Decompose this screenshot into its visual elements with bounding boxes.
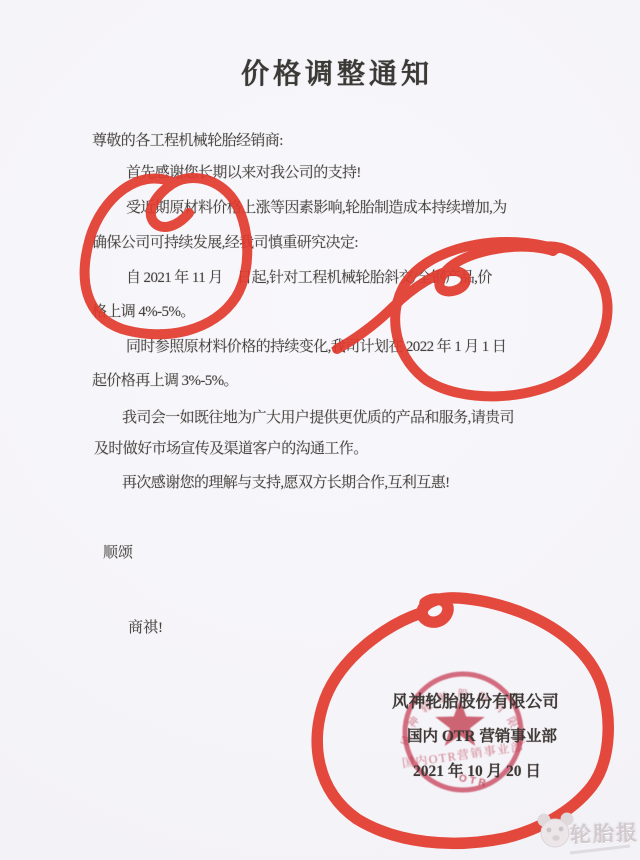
body-line: 同时参照原材料价格的持续变化,我司计划在 2022 年 1 月 1 日 — [126, 335, 506, 356]
signature-department: 国内 OTR 营销事业部 — [407, 724, 557, 746]
salutation-line: 尊敬的各工程机械轮胎经销商: — [92, 129, 283, 150]
marker-swirl-january — [337, 247, 553, 349]
watermark-text: 轮胎报 — [569, 817, 639, 849]
body-line: 首先感谢您长期以来对我公司的支持! — [126, 161, 361, 182]
signature-company: 风神轮胎股份有限公司 — [392, 688, 559, 712]
stamp-arc-text: 风神轮胎股份有限公司 — [0, 0, 527, 754]
document-title: 价格调整通知 — [241, 52, 433, 92]
signature-date: 2021 年 10 月 20 日 — [413, 759, 541, 781]
panda-icon — [538, 813, 574, 848]
marker-circle-stamp — [317, 598, 608, 843]
body-line: 及时做好市场宣传及渠道客户的沟通工作。 — [94, 437, 368, 458]
body-line: 起价格再上调 3%-5%。 — [92, 369, 238, 390]
closing-wish: 商祺! — [128, 616, 163, 637]
body-line: 确保公司可持续发展,经我司慎重研究决定: — [92, 231, 358, 252]
closing-salute: 顺颂 — [103, 541, 133, 562]
body-line: 我司会一如既往地为广大用户提供更优质的产品和服务,请贵司 — [122, 406, 514, 427]
body-line: 再次感谢您的理解与支持,愿双方长期合作,互利互惠! — [122, 471, 450, 492]
document-photo: 价格调整通知 尊敬的各工程机械轮胎经销商: 首先感谢您长期以来对我公司的支持! … — [0, 0, 640, 860]
body-line: 受近期原材料价格上涨等因素影响,轮胎制造成本持续增加,为 — [126, 196, 507, 217]
body-line: 格上调 4%-5%。 — [92, 300, 195, 321]
body-line: 自 2021 年 11 月 日起,针对工程机械轮胎斜交/全钢产品,价 — [126, 266, 492, 287]
